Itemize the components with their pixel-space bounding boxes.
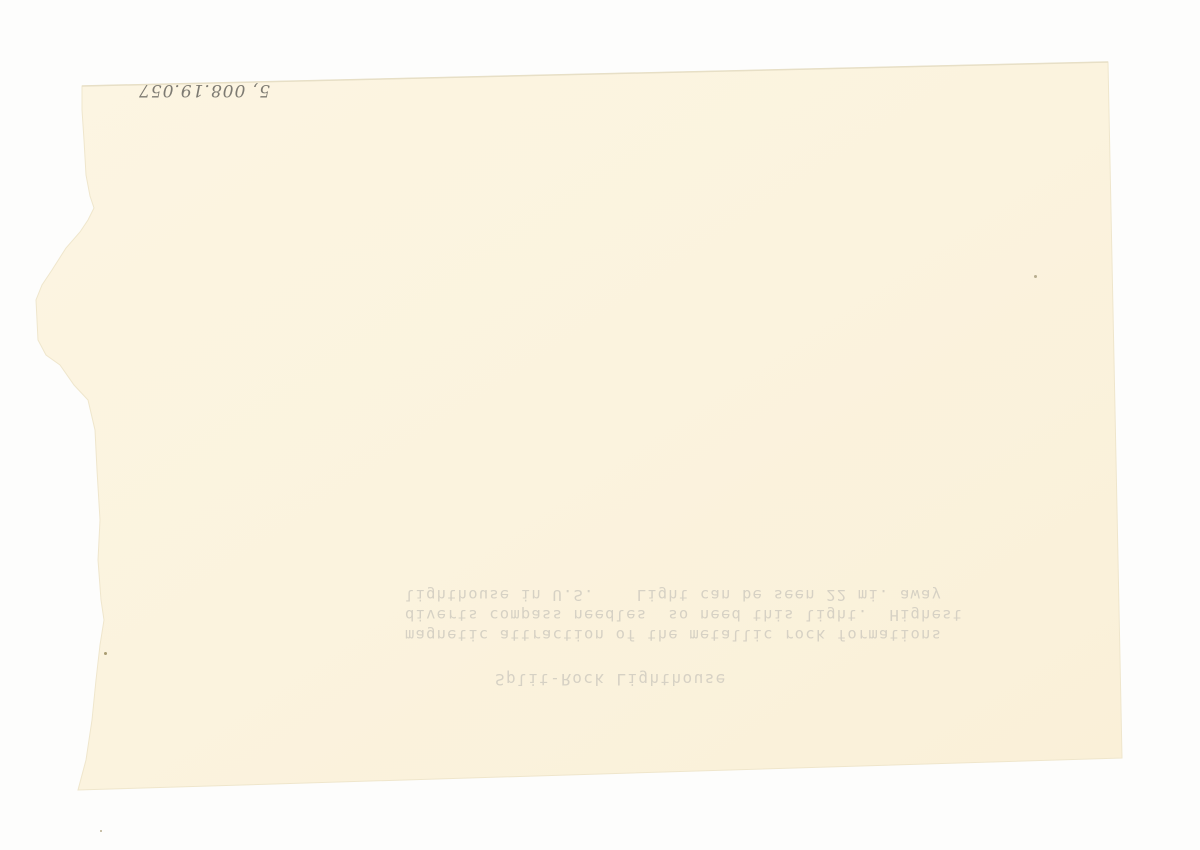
typed-line: diverts compass needles so need this lig… xyxy=(405,605,1055,625)
paper-speck xyxy=(104,652,107,655)
typed-line: magnetic attraction of the metallic rock… xyxy=(405,625,1055,645)
paper-sheet xyxy=(0,0,1200,850)
typed-line: lighthouse in U.S. Light can be seen 22 … xyxy=(405,585,1055,605)
paper-speck xyxy=(100,830,102,832)
catalog-number-note: 5, 008.19.057 xyxy=(138,80,270,100)
scanned-document: 5, 008.19.057 magnetic attraction of the… xyxy=(0,0,1200,850)
typed-description: magnetic attraction of the metallic rock… xyxy=(405,585,1055,645)
typed-title: Split-Rock Lighthouse xyxy=(495,670,727,689)
paper-speck xyxy=(1034,275,1037,278)
